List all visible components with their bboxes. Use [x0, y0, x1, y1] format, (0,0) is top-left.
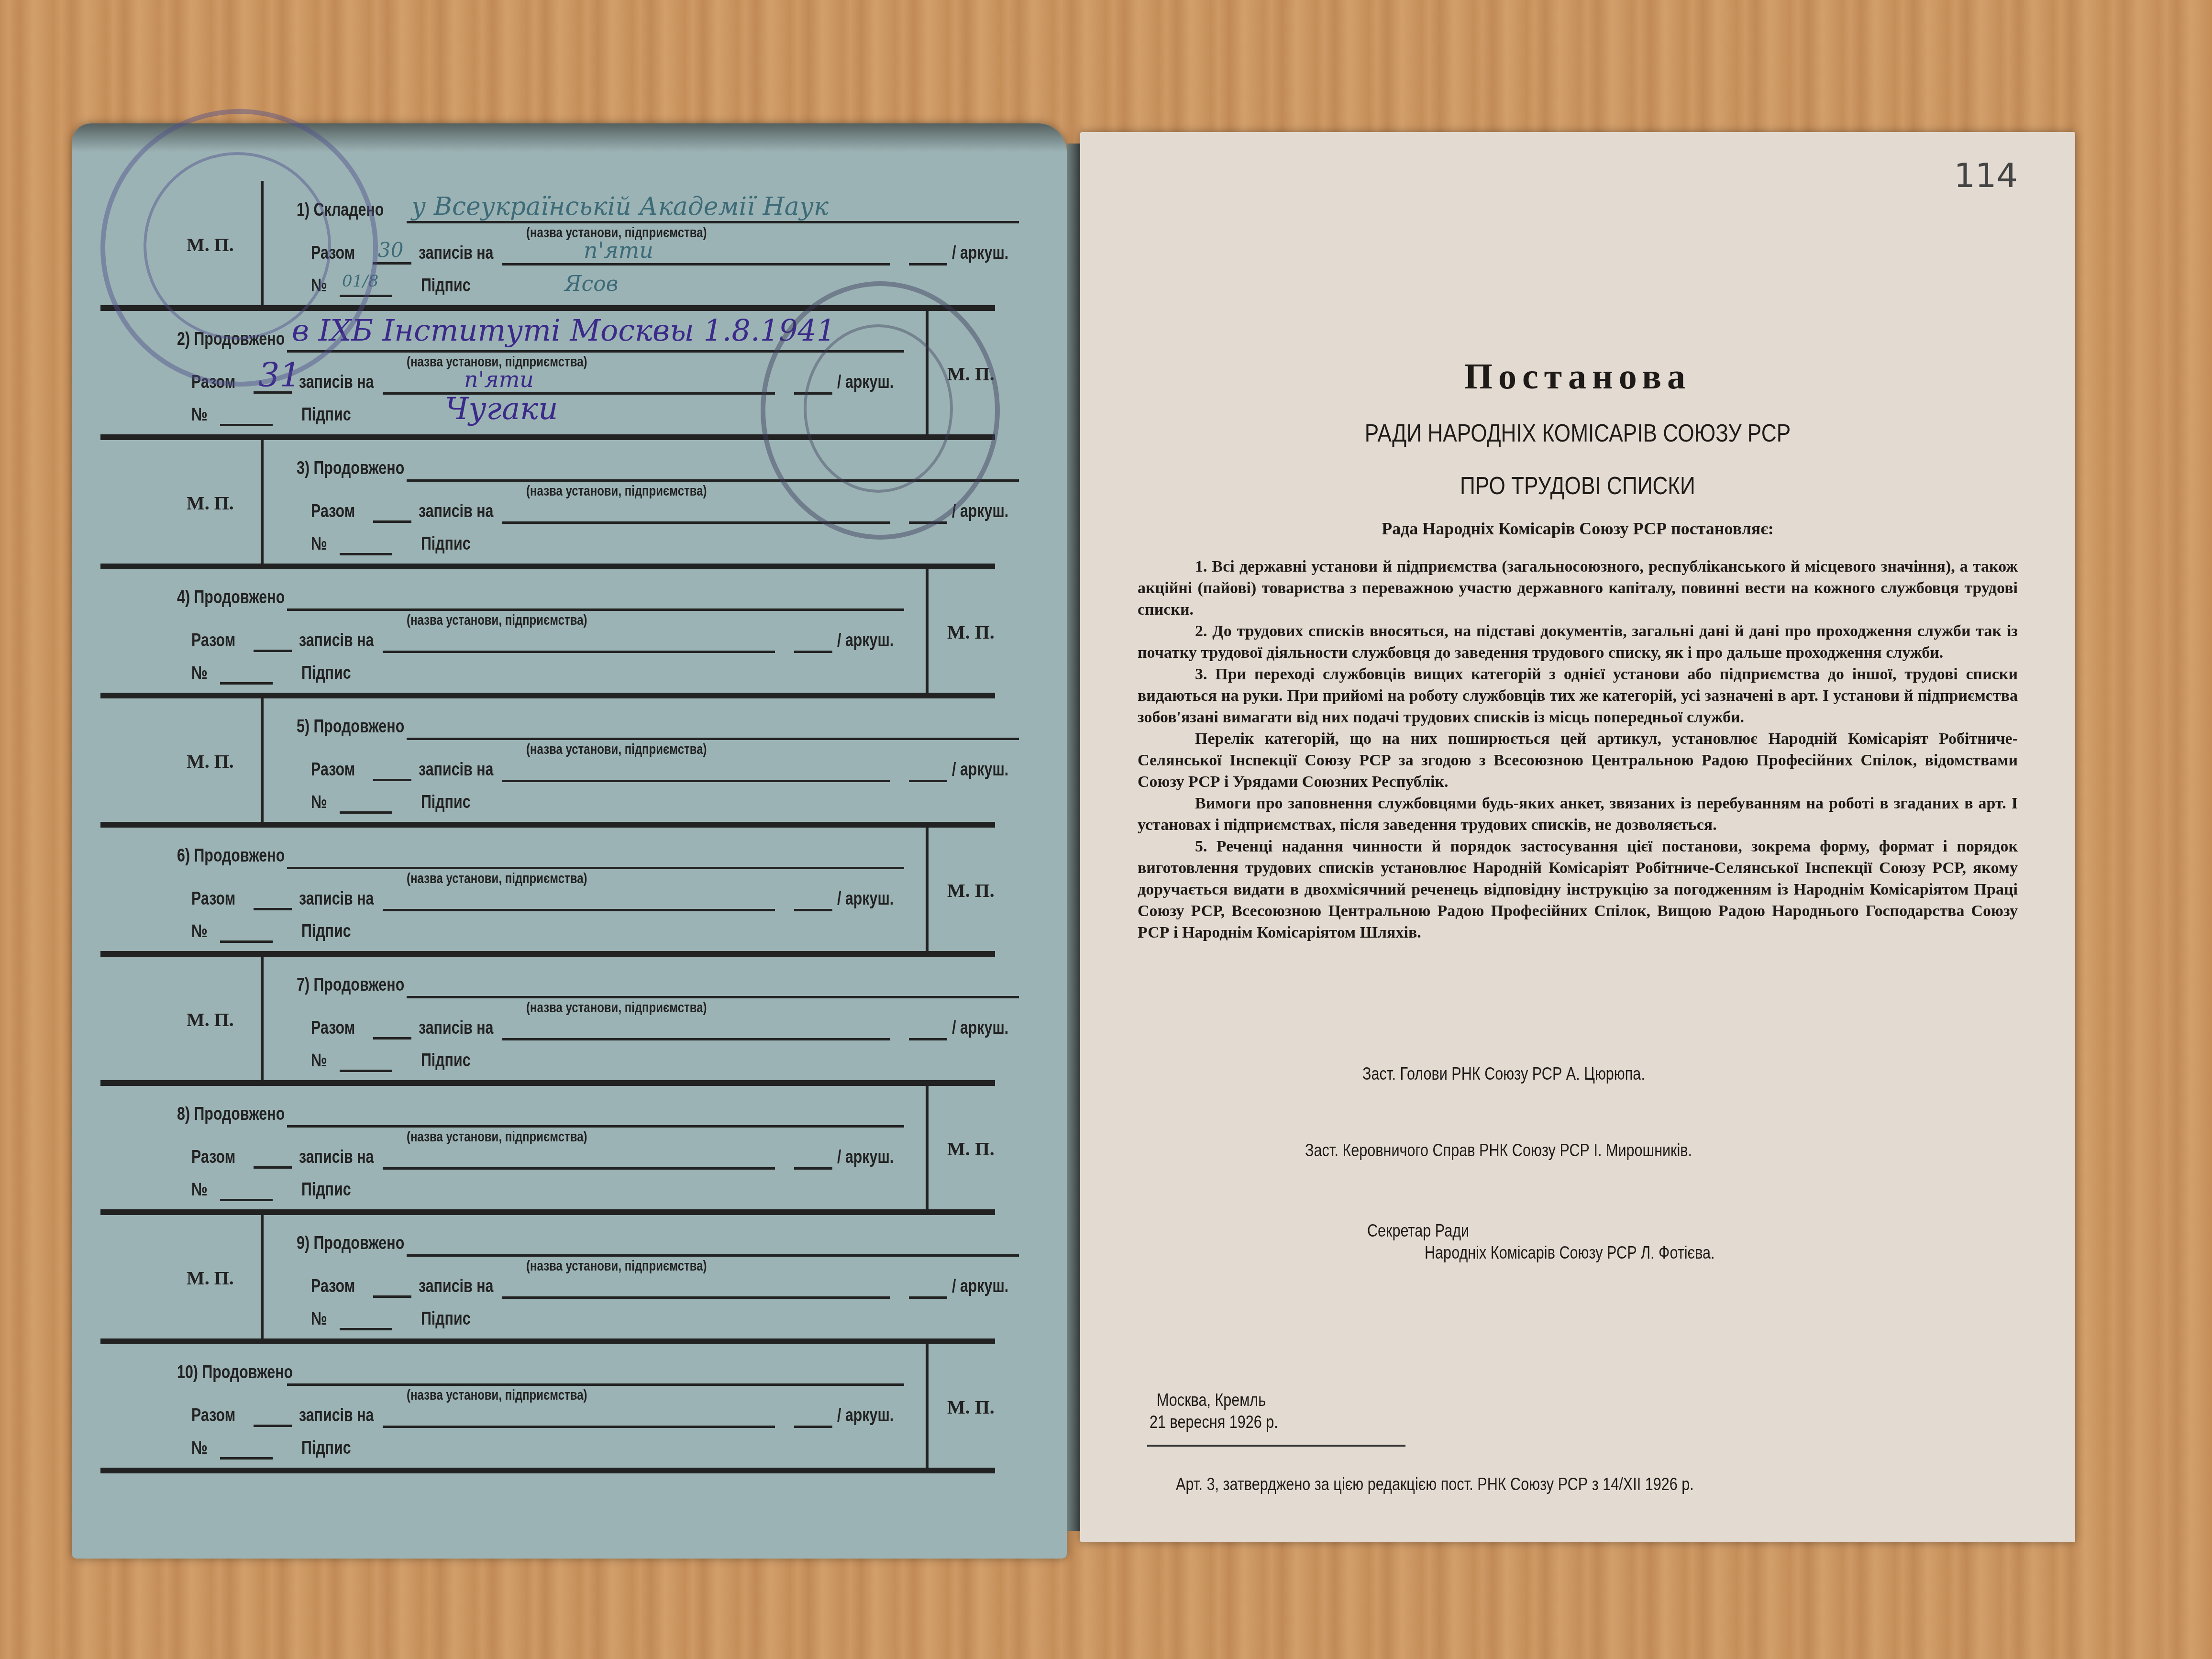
sheets-num-underline — [794, 1167, 832, 1170]
institution-caption: (назва установи, підприємства) — [407, 612, 587, 629]
sheets-words-underline — [502, 780, 890, 782]
number-label: № — [191, 1438, 208, 1459]
total-label: Разом — [191, 1147, 235, 1168]
institution-underline — [287, 867, 904, 869]
sheets-num-underline — [909, 780, 947, 782]
total-label: Разом — [191, 1405, 235, 1426]
seal-placeholder-label: М. П. — [187, 492, 234, 514]
records-count-underline — [373, 520, 411, 523]
seal-divider — [926, 568, 929, 694]
decree-paragraph: 2. До трудових списків вносяться, на під… — [1138, 620, 2018, 664]
divider — [1147, 1445, 1405, 1447]
seal-placeholder-label: М. П. — [187, 750, 234, 773]
entry-label: 9) Продовжено — [297, 1233, 404, 1254]
entry-label: 10) Продовжено — [177, 1362, 293, 1383]
sheets-label: / аркуш. — [837, 1405, 894, 1426]
row-separator — [100, 693, 995, 698]
institution-underline — [407, 1254, 1019, 1257]
sheets-num-underline — [909, 1038, 947, 1040]
signature-label: Підпис — [421, 792, 471, 813]
number-underline — [340, 811, 392, 814]
sheets-words-underline — [383, 392, 775, 395]
institution-underline — [407, 221, 1019, 223]
records-on-label: записів на — [419, 760, 493, 780]
number-label: № — [311, 1309, 327, 1329]
entry-label: 5) Продовжено — [297, 717, 404, 737]
total-label: Разом — [191, 889, 235, 909]
sheets-label: / аркуш. — [952, 1018, 1008, 1039]
records-on-label: записів на — [299, 1147, 374, 1168]
sheets-label: / аркуш. — [837, 1147, 894, 1168]
decree-page: 114 Постанова РАДИ НАРОДНІХ КОМІСАРІВ СО… — [1080, 132, 2075, 1542]
sheets-words-underline — [502, 1038, 890, 1040]
seal-placeholder-label: М. П. — [947, 1396, 995, 1418]
institution-underline — [287, 1125, 904, 1128]
institution-handwritten[interactable]: в ІХБ Інституті Москвы 1.8.1941 — [292, 313, 836, 348]
row-separator — [100, 1080, 995, 1086]
signature-label: Підпис — [421, 1309, 471, 1329]
sheets-words-underline — [502, 1296, 890, 1299]
number-label: № — [311, 792, 327, 813]
seal-divider — [261, 956, 264, 1081]
row-separator — [100, 1209, 995, 1215]
decree-subtitle-council: РАДИ НАРОДНІХ КОМІСАРІВ СОЮЗУ РСР — [1155, 419, 2001, 448]
entry-label: 4) Продовжено — [177, 587, 285, 608]
sheets-words-underline — [502, 263, 890, 265]
number-underline — [340, 1328, 392, 1330]
records-count-underline — [254, 1166, 292, 1169]
signature-deputy-administrator: Заст. Керовничого Справ РНК Союзу РСР І.… — [1305, 1140, 1692, 1161]
decree-paragraph: 3. При переході службовців вищих категор… — [1138, 664, 2018, 728]
decree-paragraph: 1. Всі державні установи й підприємства … — [1138, 556, 2018, 620]
institution-stamp-inner-ring — [144, 152, 331, 340]
seal-divider — [261, 439, 264, 564]
records-count-underline — [254, 650, 292, 652]
signature-label: Підпис — [301, 1180, 351, 1200]
total-label: Разом — [311, 760, 355, 780]
institution-underline — [407, 738, 1019, 740]
sheets-words-underline — [383, 1167, 775, 1170]
page-number: 114 — [1954, 156, 2018, 195]
secretary-title: Секретар Ради — [1367, 1221, 1469, 1241]
number-label: № — [191, 405, 208, 425]
number-underline — [220, 1199, 273, 1201]
number-label: № — [191, 921, 208, 942]
records-count-underline — [373, 1295, 411, 1298]
number-underline — [220, 682, 273, 685]
total-label: Разом — [191, 630, 235, 651]
decree-subtitle-topic: ПРО ТРУДОВІ СПИСКИ — [1155, 472, 2001, 500]
institution-underline — [287, 608, 904, 611]
secretary-signature: Народніх Комісарів Союзу РСР Л. Фотієва. — [1425, 1243, 1715, 1263]
records-count-handwritten[interactable]: 30 — [378, 238, 403, 262]
records-on-label: записів на — [419, 501, 493, 522]
total-label: Разом — [311, 501, 355, 522]
sheets-label: / аркуш. — [952, 243, 1008, 264]
seal-placeholder-label: М. П. — [187, 1267, 234, 1289]
signature-handwritten[interactable]: Ясов — [564, 272, 618, 296]
number-underline — [220, 1457, 273, 1460]
records-count-underline — [373, 1037, 411, 1040]
sheets-words-underline — [383, 1426, 775, 1428]
sheets-num-underline — [794, 1426, 832, 1428]
number-label: № — [311, 1051, 327, 1071]
date: 21 вересня 1926 р. — [1150, 1412, 1278, 1432]
seal-divider — [261, 697, 264, 823]
records-on-label: записів на — [299, 630, 374, 651]
records-on-label: записів на — [299, 1405, 374, 1426]
place: Москва, Кремль — [1157, 1390, 1266, 1410]
sheets-label: / аркуш. — [952, 1276, 1008, 1297]
records-on-label: записів на — [419, 243, 493, 264]
total-label: Разом — [311, 1018, 355, 1039]
sheets-label: / аркуш. — [837, 889, 894, 909]
seal-placeholder-label: М. П. — [187, 1008, 234, 1031]
signature-label: Підпис — [301, 663, 351, 684]
institution-caption: (назва установи, підприємства) — [526, 1000, 707, 1016]
total-label: Разом — [311, 1276, 355, 1297]
row-separator — [100, 822, 995, 828]
records-on-label: записів на — [299, 372, 374, 393]
seal-divider — [926, 1085, 929, 1210]
number-underline — [220, 424, 273, 426]
entry-label: 3) Продовжено — [297, 458, 404, 479]
decree-title: Постанова — [1080, 356, 2075, 398]
seal-placeholder-label: М. П. — [947, 621, 995, 643]
institution-caption: (назва установи, підприємства) — [526, 741, 707, 758]
records-on-label: записів на — [299, 889, 374, 909]
number-underline — [340, 553, 392, 555]
sheets-num-underline — [909, 263, 947, 265]
row-separator — [100, 951, 995, 957]
signature-label: Підпис — [301, 405, 351, 425]
sheets-num-underline — [909, 1296, 947, 1299]
decree-body: 1. Всі державні установи й підприємства … — [1138, 556, 2018, 943]
decree-paragraph: 5. Реченці надання чинности й порядок за… — [1138, 836, 2018, 943]
seal-placeholder-label: М. П. — [947, 1138, 995, 1160]
institution-caption: (назва установи, підприємства) — [407, 871, 587, 887]
entry-label: 7) Продовжено — [297, 975, 404, 995]
sheets-words-underline — [383, 651, 775, 653]
booklet-spine — [1067, 144, 1080, 1531]
institution-caption: (назва установи, підприємства) — [407, 1129, 587, 1145]
number-label: № — [311, 534, 327, 554]
seal-placeholder-label: М. П. — [947, 879, 995, 902]
entry-label: 8) Продовжено — [177, 1104, 285, 1125]
signature-label: Підпис — [421, 534, 471, 554]
records-count-underline — [254, 908, 292, 910]
records-count-underline — [373, 262, 411, 265]
institution-caption: (назва установи, підприємства) — [526, 1258, 707, 1274]
signature-handwritten[interactable]: Чугаки — [445, 391, 558, 427]
sheets-label: / аркуш. — [952, 760, 1008, 780]
records-count-underline — [373, 779, 411, 781]
institution-handwritten[interactable]: у Всеукраїнській Академії Наук — [411, 192, 829, 221]
signature-label: Підпис — [301, 1438, 351, 1459]
row-separator — [100, 564, 995, 569]
sheets-words-underline — [383, 909, 775, 911]
records-count-underline — [254, 1425, 292, 1427]
sheets-num-underline — [794, 651, 832, 653]
institution-underline — [407, 996, 1019, 998]
row-separator — [100, 1468, 995, 1473]
number-label: № — [191, 663, 208, 684]
sheets-num-underline — [794, 909, 832, 911]
seal-divider — [926, 1343, 929, 1469]
sheets-words-handwritten[interactable]: п'яти — [464, 366, 534, 392]
entry-label: 6) Продовжено — [177, 846, 285, 866]
number-underline — [340, 1070, 392, 1072]
records-on-label: записів на — [419, 1018, 493, 1039]
signature-label: Підпис — [421, 1051, 471, 1071]
sheets-words-handwritten[interactable]: п'яти — [584, 237, 653, 263]
work-record-form-page: М. П.1) Складеноу Всеукраїнській Академі… — [72, 123, 1067, 1559]
records-on-label: записів на — [419, 1276, 493, 1297]
number-label: № — [191, 1180, 208, 1200]
sheets-label: / аркуш. — [837, 630, 894, 651]
seal-divider — [926, 827, 929, 952]
decree-paragraph: Вимоги про заповнення службовцями будь-я… — [1138, 793, 2018, 836]
seal-divider — [261, 1214, 264, 1339]
number-underline — [220, 940, 273, 943]
decree-preamble: Рада Народніх Комісарів Союзу РСР постан… — [1080, 519, 2075, 539]
institution-caption: (назва установи, підприємства) — [526, 483, 707, 499]
signature-label: Підпис — [301, 921, 351, 942]
library-stamp-inner-ring — [804, 324, 953, 493]
signature-deputy-chairman: Заст. Голови РНК Союзу РСР А. Цюрюпа. — [1362, 1064, 1645, 1084]
decree-paragraph: Перелік категорій, що на них поширюється… — [1138, 728, 2018, 793]
institution-caption: (назва установи, підприємства) — [407, 1387, 587, 1404]
signature-label: Підпис — [421, 276, 471, 296]
footnote: Арт. 3, затверджено за цією редакцією по… — [1176, 1474, 1694, 1494]
row-separator — [100, 1338, 995, 1344]
institution-underline — [287, 1383, 904, 1386]
